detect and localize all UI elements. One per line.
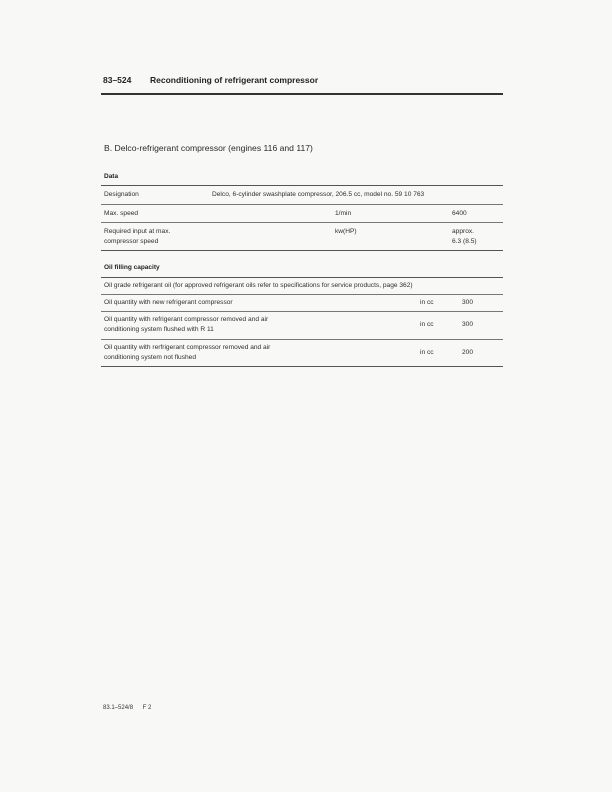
row-label-line1: Oil quantity with rerfrigerant compresso…	[104, 343, 270, 353]
section-title: B. Delco-refrigerant compressor (engines…	[104, 143, 313, 153]
table-divider	[101, 277, 503, 278]
row-value: 300	[462, 320, 473, 330]
row-value-line1: approx.	[452, 227, 474, 237]
table-divider	[101, 366, 503, 367]
row-label-line1: Oil quantity with refrigerant compressor…	[104, 315, 268, 325]
row-unit: in cc	[420, 320, 434, 330]
page-title: Reconditioning of refrigerant compressor	[150, 75, 318, 85]
row-label-line2: conditioning system not flushed	[104, 353, 196, 363]
table-divider	[101, 204, 503, 205]
row-unit: in cc	[420, 298, 434, 308]
row-value-line2: 6.3 (8.5)	[452, 237, 477, 247]
row-value: 6400	[452, 209, 467, 219]
page-footer: 83.1–524/8 F 2	[103, 705, 151, 711]
row-label-line2: conditioning system flushed with R 11	[104, 325, 214, 335]
oil-table-heading: Oil filling capacity	[104, 264, 160, 271]
table-divider	[101, 311, 503, 312]
header-divider	[101, 93, 503, 95]
row-label: Designation	[104, 190, 139, 200]
row-unit: kw(HP)	[335, 227, 357, 237]
row-label: Max. speed	[104, 209, 138, 219]
row-label-line2: compressor speed	[104, 237, 158, 247]
row-value: Delco, 6-cylinder swashplate compressor,…	[212, 190, 424, 200]
table-divider	[101, 250, 503, 251]
row-unit: in cc	[420, 348, 434, 358]
data-table-heading: Data	[104, 173, 118, 180]
table-divider	[101, 222, 503, 223]
row-label: Oil quantity with new refrigerant compre…	[104, 298, 233, 308]
table-divider	[101, 294, 503, 295]
section-number: 83–524	[103, 75, 131, 85]
table-divider	[101, 339, 503, 340]
row-value: 200	[462, 348, 473, 358]
table-divider	[101, 185, 503, 186]
row-label: Oil grade refrigerant oil (for approved …	[104, 281, 413, 291]
footer-code: 83.1–524/8	[103, 705, 133, 711]
row-unit: 1/min	[335, 209, 351, 219]
row-value: 300	[462, 298, 473, 308]
row-label-line1: Required input at max.	[104, 227, 170, 237]
footer-sheet: F 2	[143, 705, 152, 711]
